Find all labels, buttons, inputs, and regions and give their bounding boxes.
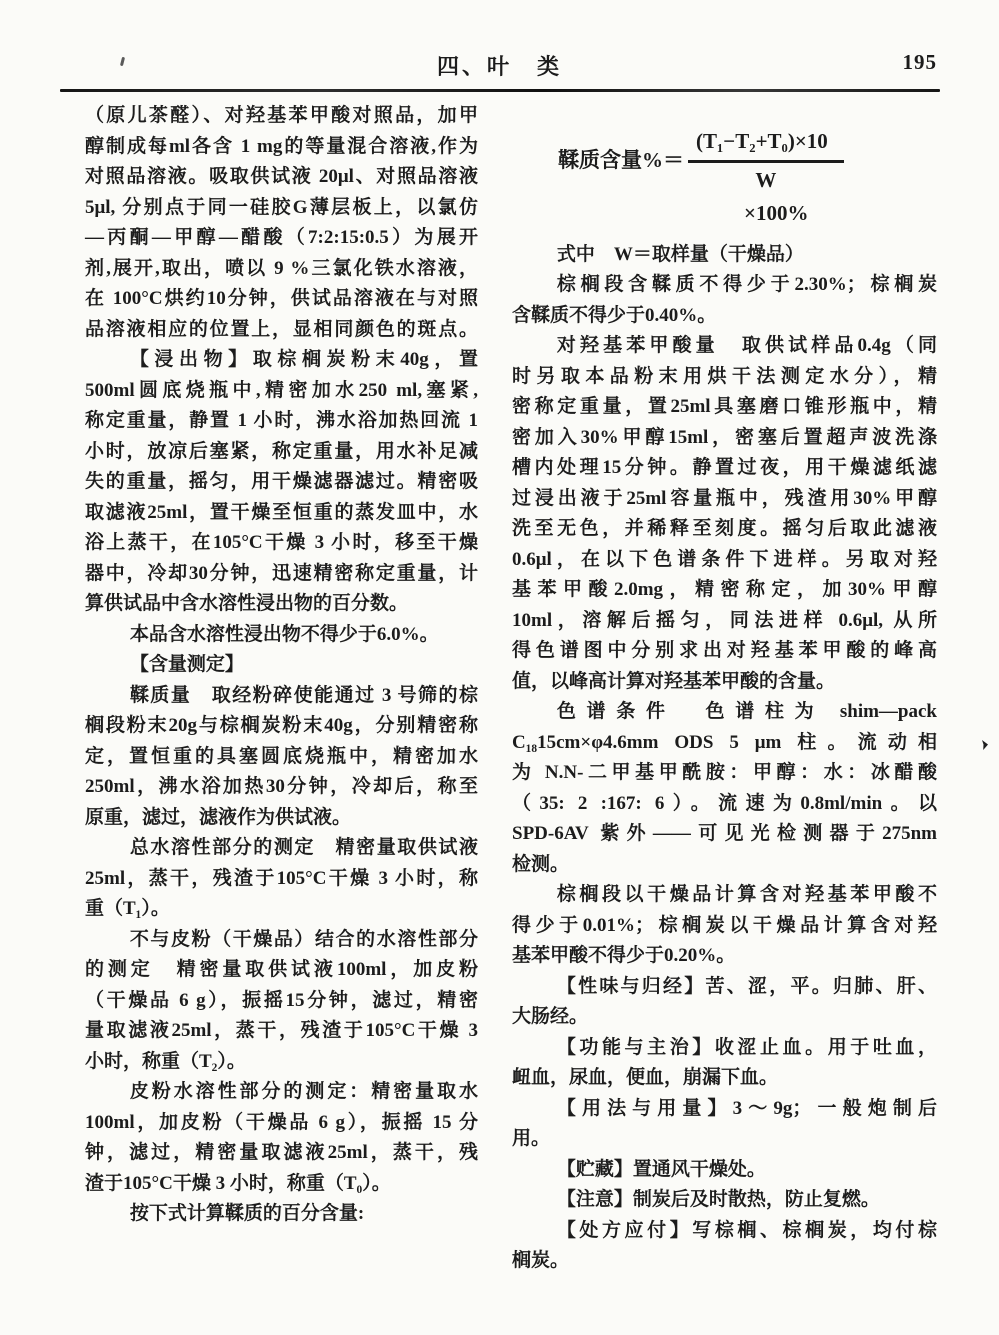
text-line: 【用法与用量】3～9g；一般炮制后	[512, 1094, 937, 1125]
text-line: 值，以峰高计算对羟基苯甲酸的含量。	[512, 667, 937, 698]
text-line: 算供试品中含水溶性浸出物的百分数。	[85, 589, 478, 620]
text-line: 在 100°C烘约10分钟，供试品溶液在与对照	[85, 284, 478, 315]
text-line: 小时，称重（T₂）。	[85, 1047, 478, 1078]
text-line: 棕榈段以干燥品计算含对羟基苯甲酸不	[512, 880, 937, 911]
text-line: 器中，冷却30分钟，迅速精密称定重量，计	[85, 559, 478, 590]
text-line: 基苯甲酸不得少于0.20%。	[512, 941, 937, 972]
text-line: 5μl, 分别点于同一硅胶G薄层板上，以氯仿	[85, 193, 478, 224]
text-line: 密称定重量，置25ml具塞磨口锥形瓶中，精	[512, 392, 937, 423]
text-line: 品溶液相应的位置上，显相同颜色的斑点。	[85, 315, 478, 346]
right-text-column: 鞣质含量%＝ (T₁−T₂+T₀)×10 W ×100% 式中 W＝取样量（干燥…	[512, 101, 937, 1277]
text-line: 过浸出液于25ml容量瓶中，残渣用30%甲醇	[512, 484, 937, 515]
formula-denominator: W	[755, 163, 776, 196]
text-line: 250ml，沸水浴加热30分钟，冷却后，称至	[85, 772, 478, 803]
right-column-lines: 式中 W＝取样量（干燥品）棕榈段含鞣质不得少于2.30%；棕榈炭含鞣质不得少于0…	[512, 240, 937, 1277]
text-line: 原重，滤过，滤液作为供试液。	[85, 803, 478, 834]
text-line: 【处方应付】写棕榈、棕榈炭，均付棕	[512, 1216, 937, 1247]
text-line: 25ml，蒸干，残渣于105°C干燥 3 小时，称	[85, 864, 478, 895]
text-line: 得少于0.01%；棕榈炭以干燥品计算含对羟	[512, 911, 937, 942]
page-header-section-title: 四、叶 类	[0, 50, 999, 81]
text-line: 棕榈段含鞣质不得少于2.30%；棕榈炭	[512, 270, 937, 301]
text-line: 按下式计算鞣质的百分含量:	[85, 1199, 478, 1230]
header-divider-rule	[60, 89, 940, 92]
text-line: 式中 W＝取样量（干燥品）	[512, 240, 937, 271]
text-line: 100ml，加皮粉（干燥品 6 g），振摇 15 分	[85, 1108, 478, 1139]
text-line: 500ml圆底烧瓶中,精密加水250 ml,塞紧,	[85, 376, 478, 407]
left-text-column: （原儿茶醛）、对羟基苯甲酸对照品，加甲醇制成每ml各含 1 mg的等量混合溶液,…	[85, 101, 478, 1230]
text-line: 【注意】制炭后及时散热，防止复燃。	[512, 1185, 937, 1216]
text-line: 的测定 精密量取供试液100ml，加皮粉	[85, 955, 478, 986]
text-line: 钟，滤过，精密量取滤液25ml，蒸干，残	[85, 1138, 478, 1169]
text-line: 【含量测定】	[85, 650, 478, 681]
text-line: C₁₈15cm×φ4.6mm ODS 5 μm 柱。流动相	[512, 728, 937, 759]
text-line: 榈炭。	[512, 1246, 937, 1277]
text-line: 【贮藏】置通风干燥处。	[512, 1155, 937, 1186]
text-line: 不与皮粉（干燥品）结合的水溶性部分	[85, 925, 478, 956]
scan-speck-right-edge	[982, 740, 988, 750]
text-line: 色谱条件 色谱柱为 shim—pack	[512, 697, 937, 728]
text-line: 渣于105°C干燥 3 小时，称重（T₀）。	[85, 1169, 478, 1200]
text-line: 为 N.N-二甲基甲酰胺：甲醇：水：冰醋酸	[512, 758, 937, 789]
formula-fraction: (T₁−T₂+T₀)×10 W	[688, 126, 844, 195]
text-line: （原儿茶醛）、对羟基苯甲酸对照品，加甲	[85, 101, 478, 132]
text-line: 浴上蒸干，在105°C干燥 3 小时，移至干燥	[85, 528, 478, 559]
formula-multiplier: ×100%	[744, 198, 937, 229]
text-line: 大肠经。	[512, 1002, 937, 1033]
text-line: 总水溶性部分的测定 精密量取供试液	[85, 833, 478, 864]
text-line: 鞣质量 取经粉碎使能通过 3 号筛的棕	[85, 681, 478, 712]
text-line: （35: 2 :167: 6）。流速为0.8ml/min。以	[512, 789, 937, 820]
text-line: 量取滤液25ml，蒸干，残渣于105°C干燥 3	[85, 1016, 478, 1047]
text-line: 【功能与主治】收涩止血。用于吐血，	[512, 1033, 937, 1064]
text-line: 用。	[512, 1124, 937, 1155]
formula-lhs: 鞣质含量%＝	[558, 145, 684, 176]
page-number: 195	[903, 50, 938, 75]
text-line: 基苯甲酸2.0mg，精密称定，加30%甲醇	[512, 575, 937, 606]
text-line: 失的重量，摇匀，用干燥滤器滤过。精密吸	[85, 467, 478, 498]
text-line: 含鞣质不得少于0.40%。	[512, 301, 937, 332]
text-line: 密加入30%甲醇15ml，密塞后置超声波洗涤	[512, 423, 937, 454]
text-line: 对照品溶液。吸取供试液 20μl、对照品溶液	[85, 162, 478, 193]
text-line: 衄血，尿血，便血，崩漏下血。	[512, 1063, 937, 1094]
text-line: 醇制成每ml各含 1 mg的等量混合溶液,作为	[85, 132, 478, 163]
text-line: 定，置恒重的具塞圆底烧瓶中，精密加水	[85, 742, 478, 773]
text-line: 时另取本品粉末用烘干法测定水分），精	[512, 362, 937, 393]
text-line: 剂,展开,取出，喷以 9 %三氯化铁水溶液，	[85, 254, 478, 285]
text-line: 检测。	[512, 850, 937, 881]
text-line: 对羟基苯甲酸量 取供试样品0.4g（同	[512, 331, 937, 362]
scanned-page: { "header": { "section_title": "四、叶 类", …	[0, 0, 999, 1335]
text-line: 重（T₁）。	[85, 894, 478, 925]
text-line: SPD-6AV 紫外——可见光检测器于275nm	[512, 819, 937, 850]
text-line: 小时，放凉后塞紧，称定重量，用水补足减	[85, 437, 478, 468]
text-line: 称定重量，静置 1 小时，沸水浴加热回流 1	[85, 406, 478, 437]
text-line: 取滤液25ml，置干燥至恒重的蒸发皿中，水	[85, 498, 478, 529]
text-line: 槽内处理15分钟。静置过夜，用干燥滤纸滤	[512, 453, 937, 484]
text-line: 得色谱图中分别求出对羟基苯甲酸的峰高	[512, 636, 937, 667]
text-line: —丙酮—甲醇—醋酸（7:2:15:0.5）为展开	[85, 223, 478, 254]
text-line: 0.6μl，在以下色谱条件下进样。另取对羟	[512, 545, 937, 576]
tannin-content-formula: 鞣质含量%＝ (T₁−T₂+T₀)×10 W	[558, 126, 937, 195]
text-line: 本品含水溶性浸出物不得少于6.0%。	[85, 620, 478, 651]
text-line: 洗至无色，并稀释至刻度。摇匀后取此滤液	[512, 514, 937, 545]
text-line: 榈段粉末20g与棕榈炭粉末40g，分别精密称	[85, 711, 478, 742]
text-line: 皮粉水溶性部分的测定：精密量取水	[85, 1077, 478, 1108]
formula-numerator: (T₁−T₂+T₀)×10	[688, 126, 844, 163]
text-line: 10ml，溶解后摇匀，同法进样 0.6μl, 从所	[512, 606, 937, 637]
text-line: 【性味与归经】苦、涩，平。归肺、肝、	[512, 972, 937, 1003]
text-line: （干燥品 6 g），振摇15分钟，滤过，精密	[85, 986, 478, 1017]
text-line: 【浸出物】取棕榈炭粉末40g，置	[85, 345, 478, 376]
